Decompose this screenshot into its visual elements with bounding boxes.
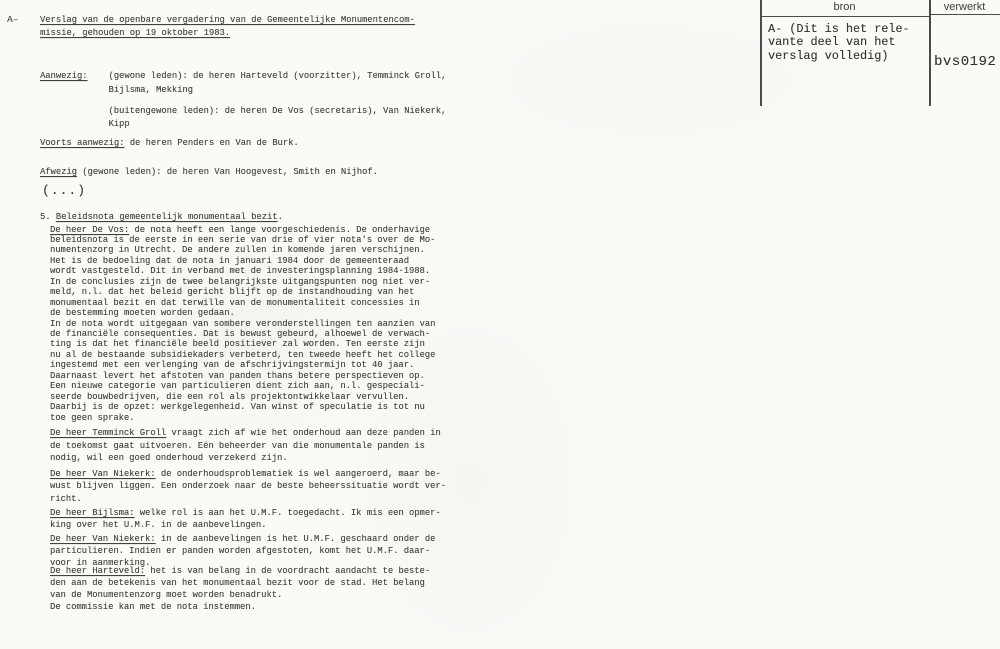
stamp-table-column-divider: [929, 0, 931, 106]
speaker-name: De heer De Vos:: [50, 225, 129, 235]
also-present-line: Voorts aanwezig: de heren Penders en Van…: [40, 138, 299, 148]
also-present-label: Voorts aanwezig:: [40, 138, 124, 148]
text-line: De heer Bijlsma: welke rol is aan het U.…: [50, 507, 480, 519]
scanned-document-page: A– Verslag van de openbare vergadering v…: [0, 0, 1000, 649]
stamp-bron-note-line-2: vante deel van het: [768, 36, 895, 49]
text-line: beleidsnota is de eerste in een serie va…: [50, 235, 480, 245]
text-line: den aan de betekenis van het monumentaal…: [50, 578, 480, 590]
present-extraordinary-members-line-1: (buitengewone leden): de heren De Vos (s…: [109, 106, 447, 116]
section-heading: 5. Beleidsnota gemeentelijk monumentaal …: [40, 212, 283, 222]
text-line: wust blijven liggen. Een onderzoek naar …: [50, 480, 480, 492]
speaker-paragraph: De heer Temminck Groll vraagt zich af wi…: [50, 427, 480, 464]
stamp-verwerkt-code: bvs0192: [934, 54, 996, 70]
speaker-paragraph: De heer Van Niekerk: in de aanbevelingen…: [50, 533, 480, 570]
text-line: De heer De Vos: de nota heeft een lange …: [50, 225, 480, 235]
text-line: In de nota wordt uitgegaan van sombere v…: [50, 319, 480, 329]
speaker-name: De heer Temminck Groll: [50, 428, 166, 438]
text-line: De heer Van Niekerk: in de aanbevelingen…: [50, 533, 480, 545]
speaker-paragraph: De heer Harteveld: het is van belang in …: [50, 566, 480, 613]
text-line: numentenzorg in Utrecht. De andere zulle…: [50, 245, 480, 255]
margin-mark: A–: [7, 15, 18, 25]
text-line: In de conclusies zijn de twee belangrijk…: [50, 277, 480, 287]
text-line: monumentaal bezit en dat terwille van de…: [50, 298, 480, 308]
text-line: van de Monumentenzorg moet worden benadr…: [50, 590, 480, 602]
present-extraordinary-members-line-2: Kipp: [109, 119, 130, 129]
speaker-paragraph: De heer Bijlsma: welke rol is aan het U.…: [50, 507, 480, 531]
speaker-paragraph: De heer De Vos: de nota heeft een lange …: [50, 225, 480, 424]
omitted-content-mark: (...): [42, 186, 86, 196]
text-line: De heer Harteveld: het is van belang in …: [50, 566, 480, 578]
section-period: .: [278, 212, 283, 222]
text-line: wordt vastgesteld. Dit in verband met de…: [50, 266, 480, 276]
also-present-text: de heren Penders en Van de Burk.: [130, 138, 299, 148]
present-ordinary-members-line-1: (gewone leden): de heren Harteveld (voor…: [109, 71, 447, 81]
text-line: Daarnaast levert het afstoten van panden…: [50, 371, 480, 381]
present-label: Aanwezig:: [40, 71, 88, 81]
stamp-bron-note-line-3: verslag volledig): [768, 50, 888, 63]
text-line: toe geen sprake.: [50, 413, 480, 423]
speaker-name: De heer Bijlsma:: [50, 508, 134, 518]
present-ordinary-members-line-2: Bijlsma, Mekking: [109, 85, 193, 95]
document-title-line-1: Verslag van de openbare vergadering van …: [40, 15, 415, 25]
text-line: nodig, wil een goed onderhoud verzekerd …: [50, 452, 480, 464]
text-line: Een nieuwe categorie van particulieren d…: [50, 381, 480, 391]
stamp-table-header-bron: bron: [760, 1, 929, 13]
text-line: richt.: [50, 493, 480, 505]
section-title: Beleidsnota gemeentelijk monumentaal bez…: [56, 212, 278, 222]
text-line: seerde bouwbedrijven, die een rol als pr…: [50, 392, 480, 402]
text-line: ingestemd met een verlenging van de afsc…: [50, 360, 480, 370]
absent-line: Afwezig (gewone leden): de heren Van Hoo…: [40, 167, 378, 177]
text-line: De commissie kan met de nota instemmen.: [50, 602, 480, 614]
text-line: Het is de bedoeling dat de nota in janua…: [50, 256, 480, 266]
stamp-bron-note-line-1: A- (Dit is het rele-: [768, 23, 910, 36]
absent-text: (gewone leden): de heren Van Hoogevest, …: [82, 167, 378, 177]
text-line: De heer Temminck Groll vraagt zich af wi…: [50, 427, 480, 439]
text-line: Daarbij is de opzet: werkgelegenheid. Va…: [50, 402, 480, 412]
text-line: De heer Van Niekerk: de onderhoudsproble…: [50, 468, 480, 480]
speaker-name: De heer Van Niekerk:: [50, 534, 156, 544]
absent-label: Afwezig: [40, 167, 77, 177]
speaker-name: De heer Van Niekerk:: [50, 469, 156, 479]
text-line: nu al de bestaande subsidiekaders verbet…: [50, 350, 480, 360]
stamp-table-header-verwerkt: verwerkt: [929, 1, 1000, 13]
speaker-name: De heer Harteveld:: [50, 566, 145, 576]
text-line: de bestemming moeten worden gedaan.: [50, 308, 480, 318]
section-number: 5.: [40, 212, 51, 222]
stamp-table-header-rule-right: [929, 14, 1000, 15]
text-line: de toekomst gaat uitvoeren. Eén beheerde…: [50, 440, 480, 452]
text-line: meld, n.l. dat het beleid gericht blijft…: [50, 287, 480, 297]
text-line: ting is dat het financiële beeld positie…: [50, 339, 480, 349]
document-title-line-2: missie, gehouden op 19 oktober 1983.: [40, 28, 230, 38]
text-line: de financiële consequenties. Dat is bewu…: [50, 329, 480, 339]
speaker-paragraph: De heer Van Niekerk: de onderhoudsproble…: [50, 468, 480, 505]
text-line: particulieren. Indien er panden worden a…: [50, 545, 480, 557]
text-line: king over het U.M.F. in de aanbevelingen…: [50, 519, 480, 531]
stamp-table-header-rule-left: [760, 16, 929, 17]
